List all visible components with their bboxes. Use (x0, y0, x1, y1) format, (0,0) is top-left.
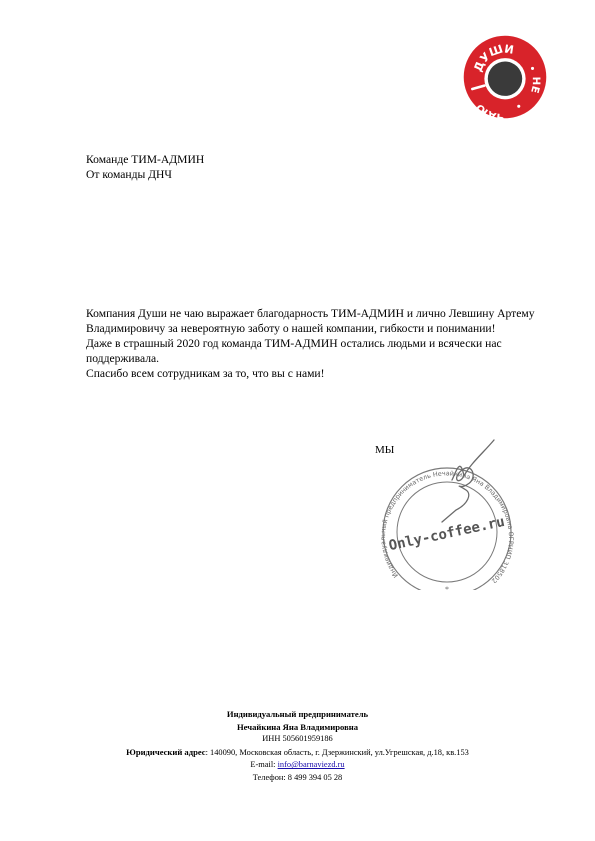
recipient-line: Команде ТИМ-АДМИН (86, 152, 204, 167)
email-link[interactable]: info@barnaviezd.ru (278, 760, 345, 769)
address-value: : 140090, Московская область, г. Дзержин… (206, 748, 469, 757)
footer-title: Индивидуальный предприниматель (0, 708, 595, 721)
company-stamp: Индивидуальный предприниматель Нечайкина… (372, 430, 522, 590)
letter-body: Компания Души не чаю выражает благодарно… (86, 306, 566, 381)
footer: Индивидуальный предприниматель Нечайкина… (0, 708, 595, 785)
footer-address: Юридический адрес: 140090, Московская об… (0, 746, 595, 760)
stamp-ring-text: Индивидуальный предприниматель Нечайкина… (372, 430, 515, 585)
body-paragraph: Спасибо всем сотрудникам за то, что вы с… (86, 366, 566, 381)
email-label: E-mail: (250, 760, 277, 769)
svg-text:Индивидуальный предприниматель: Индивидуальный предприниматель Нечайкина… (372, 430, 515, 585)
footer-email: E-mail: info@barnaviezd.ru (0, 759, 595, 772)
footer-phone: Телефон: 8 499 394 05 28 (0, 772, 595, 785)
sender-line: От команды ДНЧ (86, 167, 204, 182)
svg-text:*: * (445, 585, 449, 590)
address-label: Юридический адрес (126, 747, 205, 757)
footer-inn: ИНН 505601959186 (0, 733, 595, 746)
footer-name: Нечайкина Яна Владимировна (0, 721, 595, 734)
body-paragraph: Компания Души не чаю выражает благодарно… (86, 306, 566, 336)
stamp-center-text: Only-coffee.ru (387, 514, 506, 554)
company-logo: ДУШИ НЕ ЧАЮ (462, 34, 548, 120)
body-paragraph: Даже в страшный 2020 год команда ТИМ-АДМ… (86, 336, 566, 366)
address-block: Команде ТИМ-АДМИН От команды ДНЧ (86, 152, 204, 182)
